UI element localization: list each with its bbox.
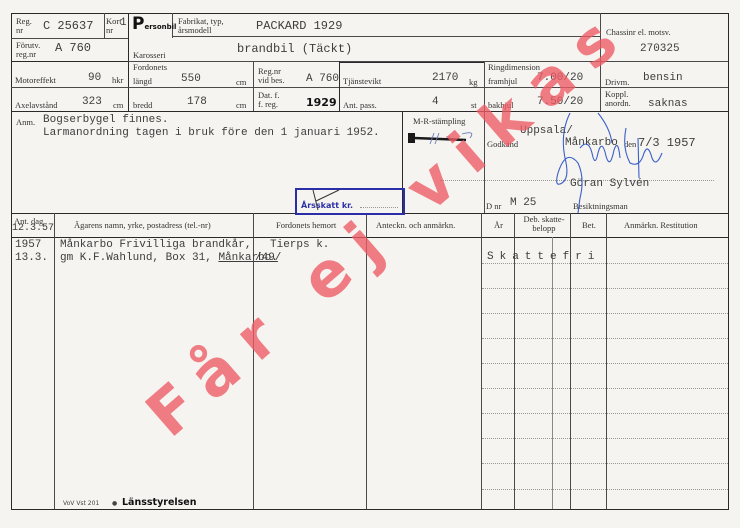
row-owner-line-2: gm K.F.Wahlund, Box 31, Månkarbo. bbox=[60, 253, 278, 264]
divider bbox=[253, 61, 254, 111]
col-header-anmarkn-restitution: Anmärkn. Restitution bbox=[624, 221, 698, 230]
fabrikat-label: Fabrikat, typ,årsmodell bbox=[178, 17, 224, 35]
divider bbox=[11, 61, 128, 62]
row-owner-line-1: Månkarbo Frivilliga brandkår, bbox=[60, 240, 251, 251]
dat-f-reg-value: 1929 bbox=[306, 97, 337, 108]
issuer: Länsstyrelsen bbox=[122, 497, 197, 508]
tjanstevikt-label: Tjänstevikt bbox=[343, 77, 381, 86]
drivm-label: Drivm. bbox=[605, 78, 629, 87]
ruled-line bbox=[482, 288, 728, 289]
d-nr-value: M 25 bbox=[510, 198, 536, 209]
motoreffekt-unit: hkr bbox=[112, 76, 123, 85]
footer-bullet: ● bbox=[112, 500, 117, 507]
fabrikat-value: PACKARD 1929 bbox=[256, 20, 342, 32]
divider bbox=[339, 61, 340, 111]
divider bbox=[481, 213, 482, 509]
divider bbox=[11, 509, 729, 510]
ruled-line bbox=[482, 388, 728, 389]
langd-label: längd bbox=[133, 77, 152, 86]
col-header-deb-skattebelopp: Deb. skatte-belopp bbox=[520, 215, 568, 233]
chassinr-value: 270325 bbox=[640, 44, 680, 55]
reg-nr-vid-bes-value: A 760 bbox=[306, 74, 339, 85]
reg-nr-vid-bes-label: Reg.nrvid bes. bbox=[258, 67, 284, 85]
motoreffekt-label: Motoreffekt bbox=[15, 76, 56, 85]
axelavstand-label: Axelavstånd bbox=[15, 101, 58, 110]
row-date-day: 13.3. bbox=[15, 253, 48, 264]
dat-f-reg-label: Dat. f.f. reg. bbox=[258, 91, 279, 109]
ruled-line bbox=[482, 338, 728, 339]
divider bbox=[552, 237, 553, 509]
col-header-owner: Ägarens namn, yrke, postadress (tel.-nr) bbox=[74, 221, 211, 230]
anm-line-1: Bogserbygel finnes. bbox=[43, 115, 168, 126]
bredd-unit: cm bbox=[236, 101, 246, 110]
signature bbox=[540, 108, 670, 216]
tax-note: Skattefri bbox=[487, 252, 600, 263]
axelavstand-unit: cm bbox=[113, 101, 123, 110]
ruled-line bbox=[482, 413, 728, 414]
divider bbox=[606, 213, 607, 509]
reg-nr-value: C 25637 bbox=[43, 20, 93, 32]
bredd-label: bredd bbox=[133, 101, 152, 110]
divider bbox=[128, 13, 129, 111]
ruled-line bbox=[482, 438, 728, 439]
forutv-reg-nr-label: Förutv.reg.nr bbox=[16, 41, 40, 59]
ruled-line bbox=[482, 463, 728, 464]
vehicle-registration-card: Reg.nr C 25637 Kortnr 1 Personbil Fabrik… bbox=[0, 0, 740, 528]
row-hemort-line-2: /49/ bbox=[255, 253, 281, 264]
langd-unit: cm bbox=[236, 78, 246, 87]
row-date-year: 1957 bbox=[15, 240, 41, 251]
forutv-reg-nr-value: A 760 bbox=[55, 42, 91, 54]
divider bbox=[339, 62, 484, 63]
ruled-line bbox=[482, 263, 728, 264]
ant-pass-value: 4 bbox=[432, 97, 439, 108]
form-code: VoV Vst 201 bbox=[63, 500, 99, 507]
divider bbox=[172, 36, 600, 37]
ruled-line bbox=[482, 363, 728, 364]
col-header-bet: Bet. bbox=[582, 221, 596, 230]
divider bbox=[11, 87, 728, 88]
kort-nr-value: 1 bbox=[120, 18, 127, 29]
divider bbox=[11, 38, 128, 39]
reg-nr-label: Reg.nr bbox=[16, 17, 32, 35]
col-header-ar: År bbox=[494, 221, 503, 230]
karosseri-value: brandbil (Täckt) bbox=[237, 43, 352, 55]
motoreffekt-value: 90 bbox=[88, 73, 101, 84]
anm-label: Anm. bbox=[16, 118, 35, 127]
karosseri-label: Karosseri bbox=[133, 51, 166, 60]
vehicle-type-personbil: Personbil bbox=[132, 14, 176, 34]
koppl-label: Koppl.anordn. bbox=[605, 90, 631, 108]
divider bbox=[54, 213, 55, 509]
divider bbox=[104, 13, 105, 38]
fordonets-label: Fordonets bbox=[133, 63, 167, 72]
ant-dag-stamp: 12.3.57 bbox=[12, 224, 54, 234]
langd-value: 550 bbox=[181, 74, 201, 85]
divider bbox=[728, 13, 729, 510]
d-nr-label: D nr bbox=[486, 202, 501, 211]
bredd-value: 178 bbox=[187, 97, 207, 108]
tjanstevikt-unit: kg bbox=[469, 78, 478, 87]
axelavstand-value: 323 bbox=[82, 97, 102, 108]
anm-line-2: Larmanordning tagen i bruk före den 1 ja… bbox=[43, 128, 380, 139]
divider bbox=[11, 13, 729, 14]
tjanstevikt-value: 2170 bbox=[432, 73, 458, 84]
ant-pass-label: Ant. pass. bbox=[343, 101, 377, 110]
ruled-line bbox=[482, 489, 728, 490]
drivm-value: bensin bbox=[643, 73, 683, 84]
ruled-line bbox=[482, 313, 728, 314]
arsskatt-checkmark bbox=[305, 188, 345, 212]
